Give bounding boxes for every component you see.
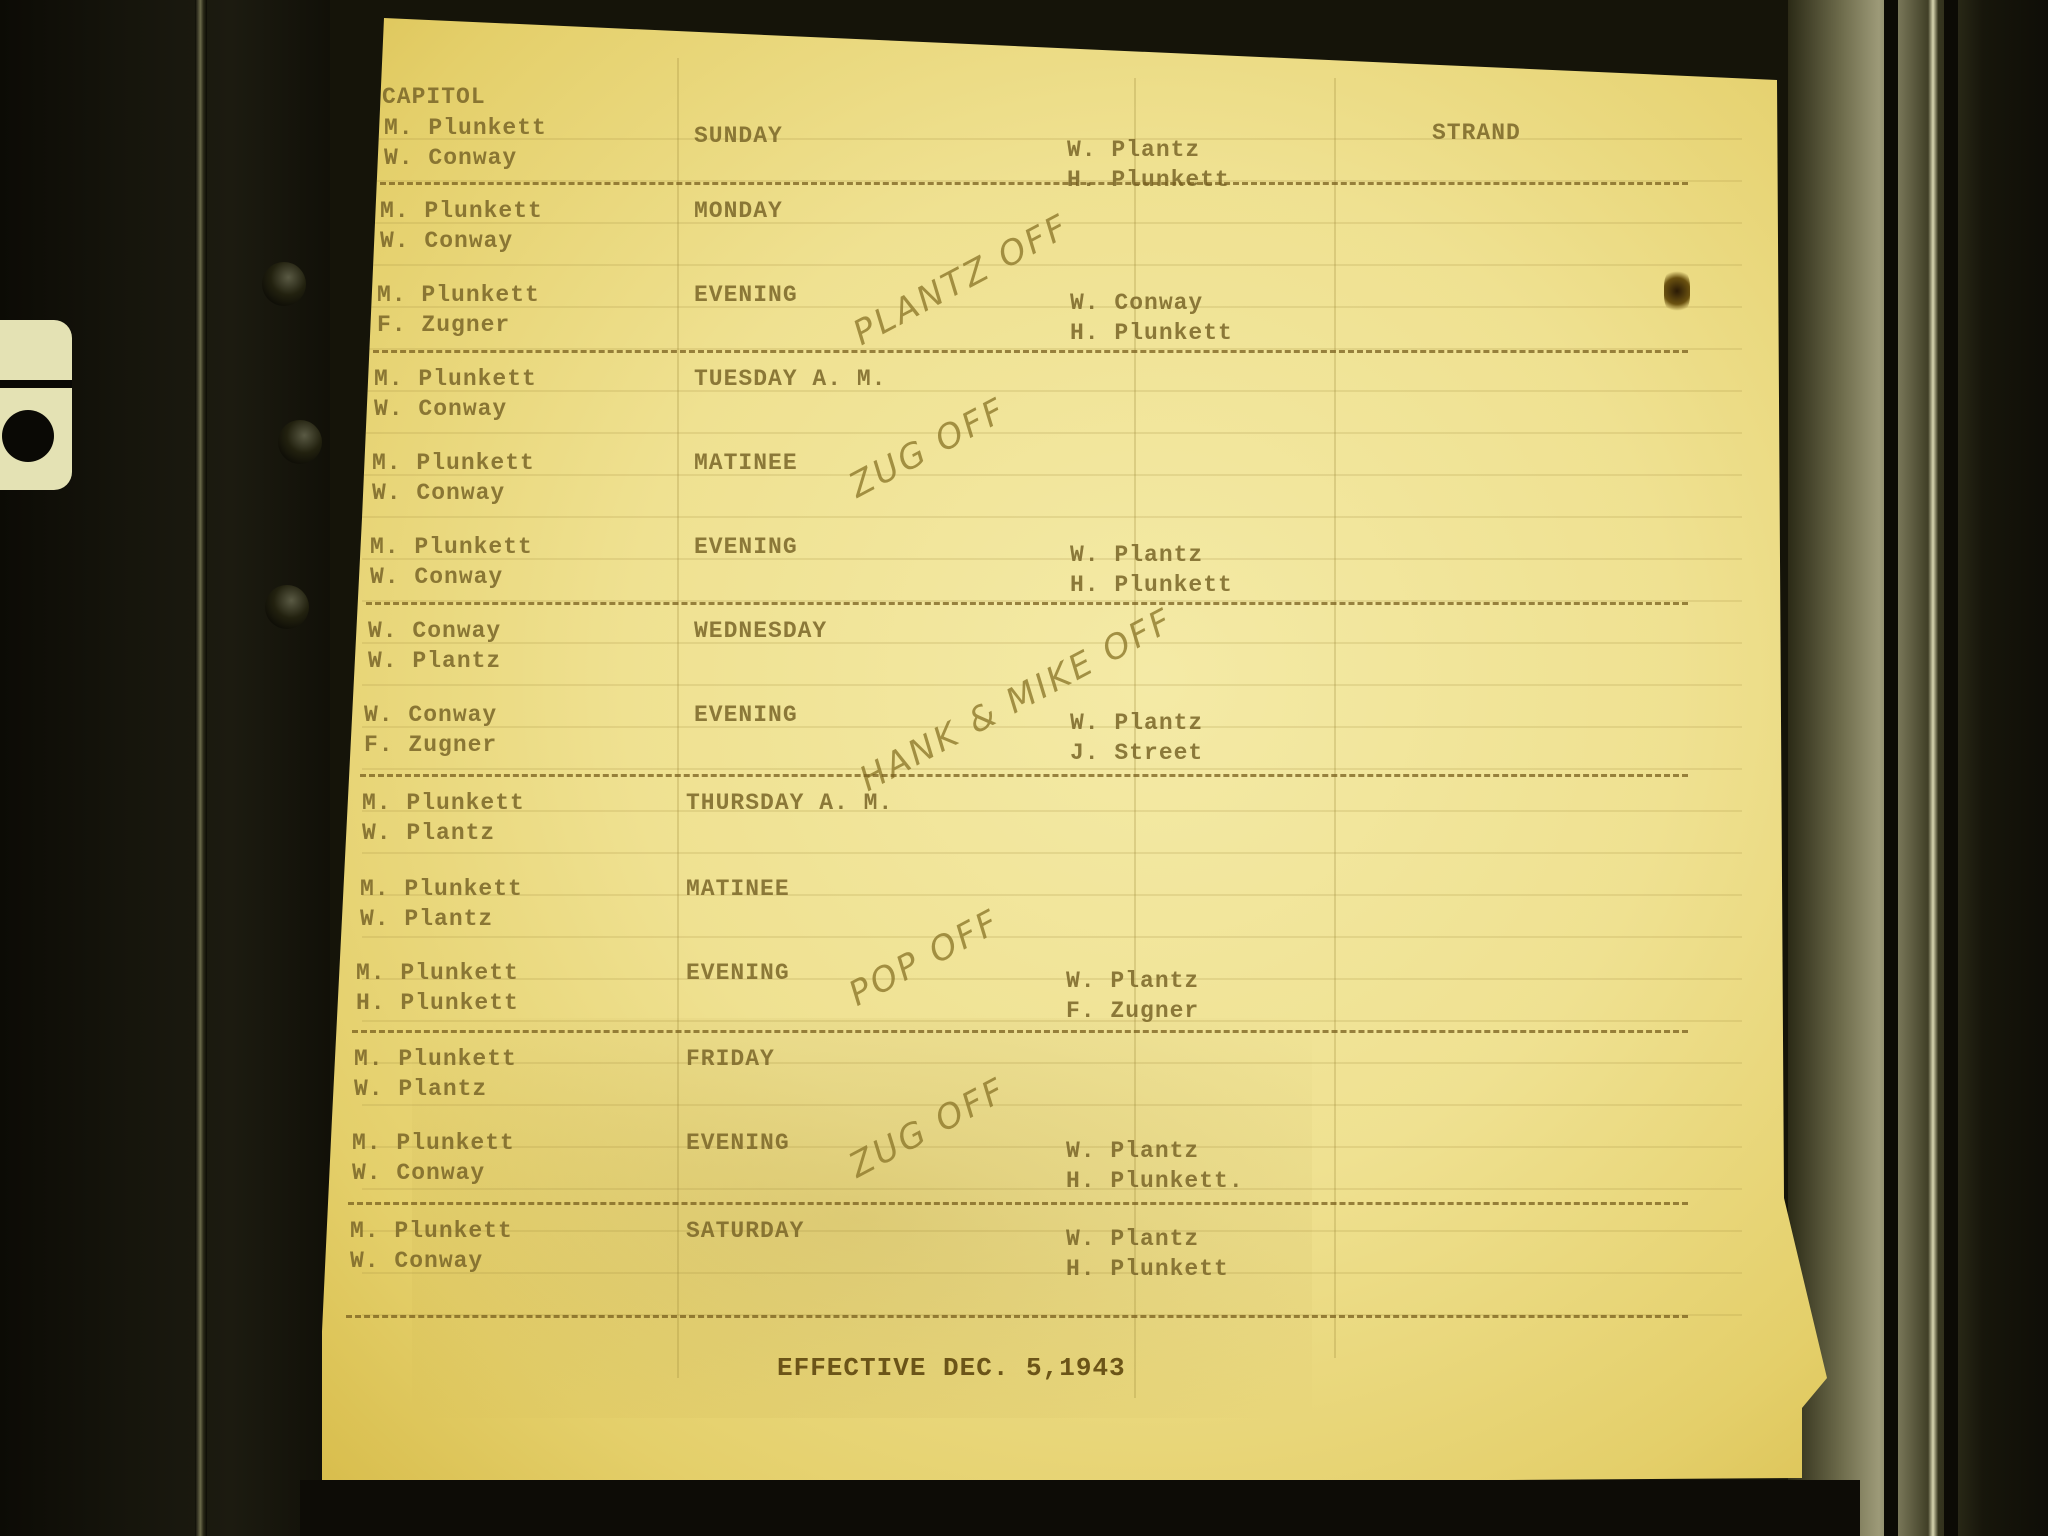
right-header: STRAND bbox=[1432, 118, 1521, 148]
dashed-separator bbox=[360, 774, 1688, 777]
door-seam bbox=[195, 0, 207, 1536]
rivet-icon bbox=[262, 262, 306, 306]
column-rule bbox=[1334, 78, 1336, 1358]
ruled-line bbox=[362, 1062, 1742, 1064]
day-shift-label: EVENING bbox=[686, 958, 790, 988]
ruled-line bbox=[362, 558, 1742, 560]
day-shift-label: THURSDAY A. M. bbox=[686, 788, 893, 818]
pencil-note: PLANTZ OFF bbox=[847, 206, 1077, 353]
day-shift-label: SATURDAY bbox=[686, 1216, 804, 1246]
pencil-note: POP OFF bbox=[842, 902, 1007, 1015]
frame-rail bbox=[1884, 0, 1898, 1536]
rivet-icon bbox=[265, 585, 309, 629]
day-shift-label: TUESDAY A. M. bbox=[694, 364, 886, 394]
dashed-separator bbox=[373, 350, 1688, 353]
strand-crew: W. Plantz H. Plunkett bbox=[1067, 135, 1230, 195]
rivet-icon bbox=[278, 420, 322, 464]
strand-crew: W. Conway H. Plunkett bbox=[1070, 288, 1233, 348]
dashed-separator bbox=[348, 1202, 1688, 1205]
ruled-line bbox=[362, 474, 1742, 476]
capitol-crew: M. Plunkett H. Plunkett bbox=[356, 958, 519, 1018]
day-shift-label: MATINEE bbox=[686, 874, 790, 904]
locker-frame-right bbox=[1788, 0, 2048, 1536]
ruled-line bbox=[362, 810, 1742, 812]
capitol-crew: M. Plunkett W. Conway bbox=[380, 196, 543, 256]
ruled-line bbox=[362, 1188, 1742, 1190]
capitol-crew: M. Plunkett W. Plantz bbox=[360, 874, 523, 934]
effective-date: EFFECTIVE DEC. 5,1943 bbox=[777, 1353, 1126, 1383]
day-shift-label: EVENING bbox=[694, 280, 798, 310]
pencil-note: ZUG OFF bbox=[843, 390, 1014, 506]
ruled-line bbox=[362, 768, 1742, 770]
strand-crew: W. Plantz H. Plunkett bbox=[1066, 1224, 1229, 1284]
capitol-crew: W. Conway F. Zugner bbox=[364, 700, 497, 760]
ruled-line bbox=[362, 852, 1742, 854]
capitol-crew: W. Conway W. Plantz bbox=[368, 616, 501, 676]
day-shift-label: FRIDAY bbox=[686, 1044, 775, 1074]
ruled-line bbox=[362, 264, 1742, 266]
capitol-crew: M. Plunkett W. Conway bbox=[374, 364, 537, 424]
ruled-line bbox=[362, 1020, 1742, 1022]
ruled-line bbox=[362, 390, 1742, 392]
ruled-line bbox=[362, 1104, 1742, 1106]
capitol-crew: M. Plunkett F. Zugner bbox=[377, 280, 540, 340]
ruled-line bbox=[362, 726, 1742, 728]
ruled-line bbox=[362, 138, 1742, 140]
ruled-line bbox=[362, 978, 1742, 980]
column-rule bbox=[677, 58, 679, 1378]
day-shift-label: EVENING bbox=[686, 1128, 790, 1158]
strand-crew: W. Plantz H. Plunkett. bbox=[1066, 1136, 1244, 1196]
strand-crew: W. Plantz F. Zugner bbox=[1066, 966, 1199, 1026]
day-shift-label: MATINEE bbox=[694, 448, 798, 478]
capitol-crew: M. Plunkett W. Conway bbox=[372, 448, 535, 508]
day-shift-label: EVENING bbox=[694, 700, 798, 730]
capitol-crew: M. Plunkett W. Plantz bbox=[354, 1044, 517, 1104]
dashed-separator bbox=[352, 1030, 1688, 1033]
locker-door-left bbox=[0, 0, 330, 1536]
ruled-line bbox=[362, 936, 1742, 938]
dashed-separator bbox=[366, 602, 1688, 605]
day-shift-label: SUNDAY bbox=[694, 121, 783, 151]
ruled-line bbox=[362, 306, 1742, 308]
day-shift-label: WEDNESDAY bbox=[694, 616, 827, 646]
capitol-crew: M. Plunkett W. Conway bbox=[350, 1216, 513, 1276]
ruled-line bbox=[362, 1146, 1742, 1148]
frame-rail-highlight bbox=[1928, 0, 1938, 1536]
ruled-line bbox=[362, 1230, 1742, 1232]
dashed-separator bbox=[346, 1315, 1688, 1318]
frame-rail bbox=[1944, 0, 1958, 1536]
strand-crew: W. Plantz J. Street bbox=[1070, 708, 1203, 768]
capitol-crew: M. Plunkett W. Plantz bbox=[362, 788, 525, 848]
schedule-sheet: CAPITOL STRAND M. Plunkett W. ConwaySUND… bbox=[322, 18, 1832, 1488]
capitol-crew: M. Plunkett W. Conway bbox=[352, 1128, 515, 1188]
day-shift-label: EVENING bbox=[694, 532, 798, 562]
ruled-line bbox=[362, 894, 1742, 896]
left-header: CAPITOL bbox=[382, 82, 486, 112]
strand-crew: W. Plantz H. Plunkett bbox=[1070, 540, 1233, 600]
label-band bbox=[0, 380, 72, 388]
ruled-line bbox=[362, 642, 1742, 644]
shadow bbox=[300, 1480, 1860, 1536]
keyhole-icon bbox=[2, 410, 54, 462]
locker-label-plate bbox=[0, 320, 72, 490]
day-shift-label: MONDAY bbox=[694, 196, 783, 226]
ruled-line bbox=[362, 1272, 1742, 1274]
dashed-separator bbox=[380, 182, 1688, 185]
ruled-line bbox=[362, 516, 1742, 518]
capitol-crew: M. Plunkett W. Conway bbox=[384, 113, 547, 173]
capitol-crew: M. Plunkett W. Conway bbox=[370, 532, 533, 592]
ruled-line bbox=[362, 432, 1742, 434]
